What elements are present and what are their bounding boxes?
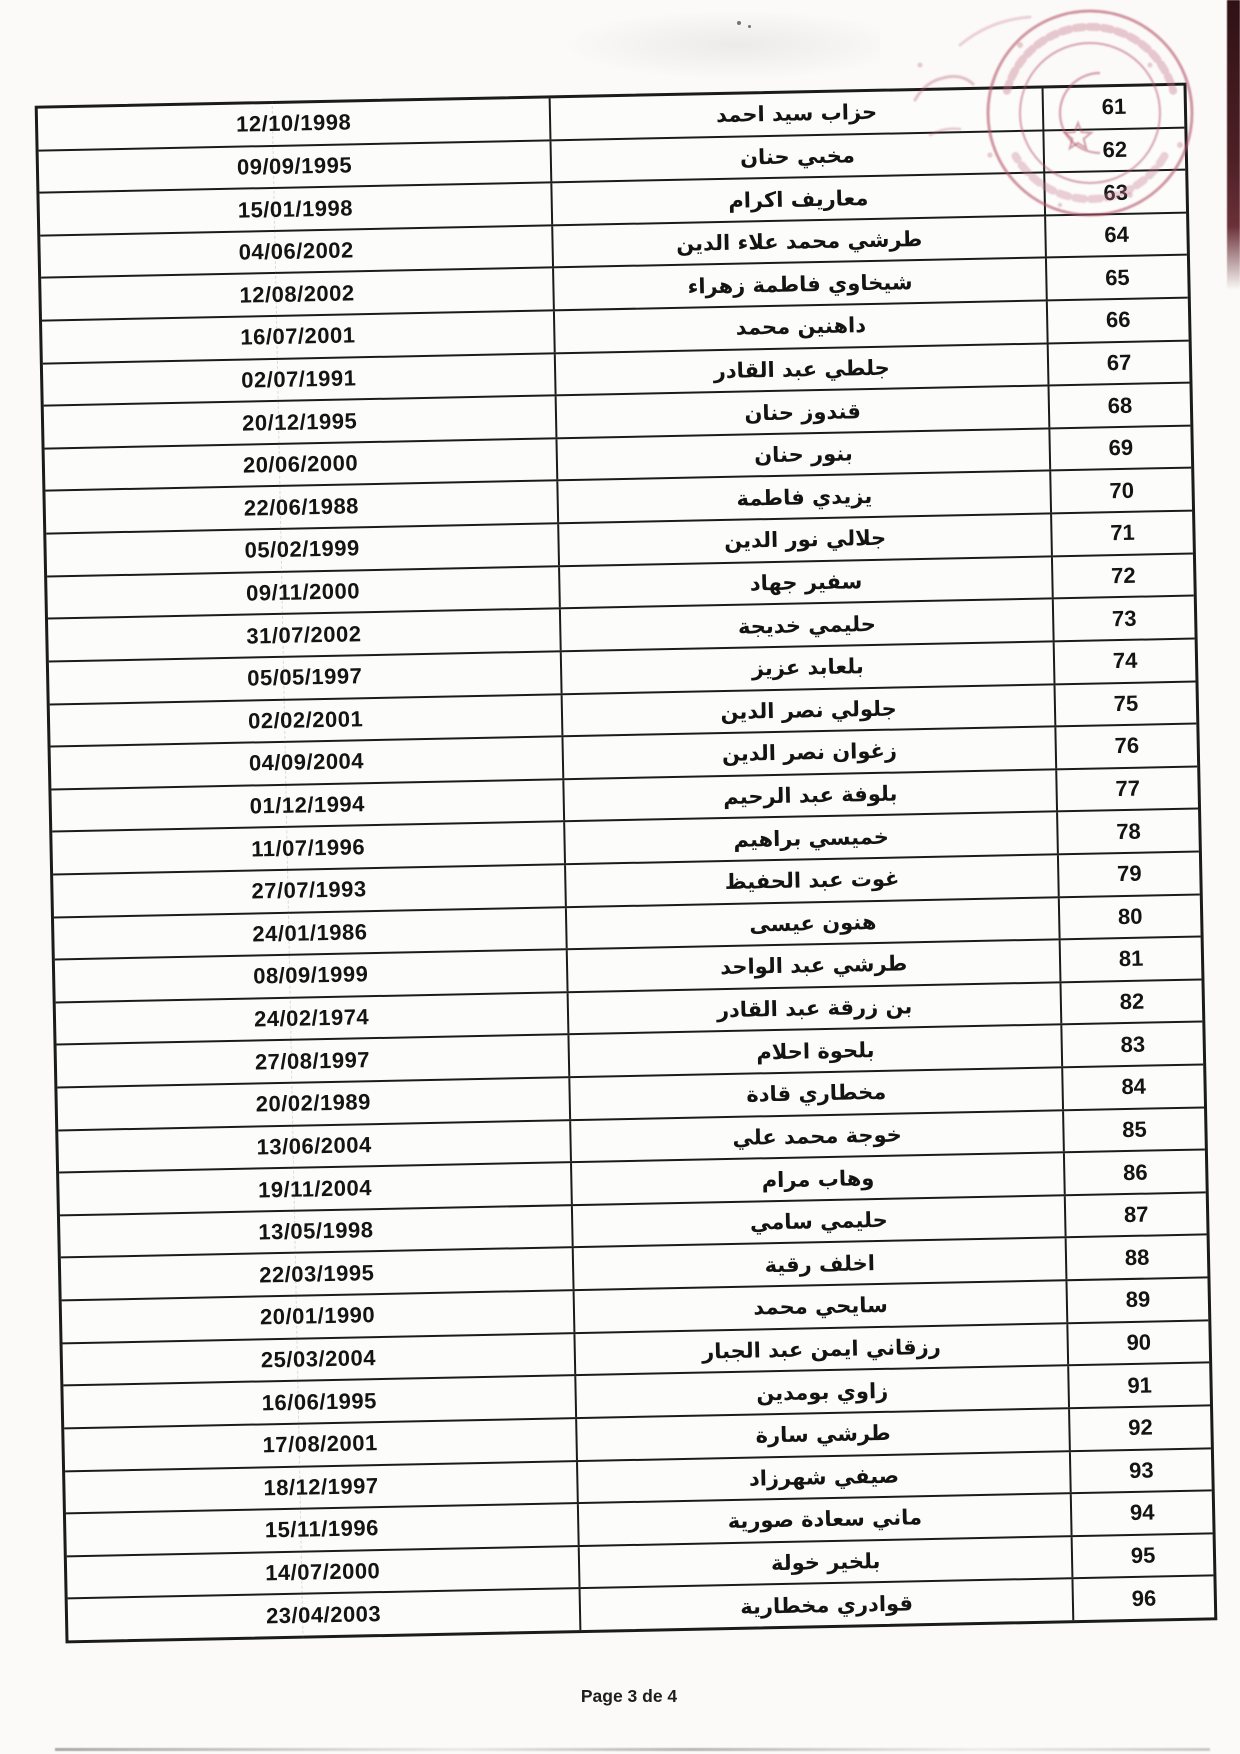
row-number-cell: 69 — [1051, 426, 1192, 469]
row-number-cell: 85 — [1064, 1108, 1205, 1151]
row-number-cell: 77 — [1057, 767, 1198, 810]
row-number-cell: 95 — [1073, 1534, 1214, 1577]
row-number-cell: 84 — [1063, 1065, 1204, 1108]
registry-table: 12/10/1998حزاب سيد احمد6109/09/1995مخبي … — [35, 83, 1218, 1644]
scan-speck — [748, 25, 751, 28]
row-number-cell: 70 — [1051, 469, 1192, 512]
row-number-cell: 86 — [1065, 1151, 1206, 1194]
row-number-cell: 93 — [1071, 1449, 1212, 1492]
scan-speck — [737, 21, 741, 25]
row-number-cell: 80 — [1060, 895, 1201, 938]
page-number: Page 3 de 4 — [0, 1686, 1240, 1707]
page-smudge — [560, 10, 880, 80]
row-number-cell: 67 — [1049, 341, 1190, 384]
row-number-cell: 63 — [1045, 171, 1186, 214]
row-number-cell: 81 — [1061, 938, 1202, 981]
row-number-cell: 71 — [1052, 512, 1193, 555]
row-number-cell: 73 — [1054, 597, 1195, 640]
row-number-cell: 82 — [1062, 980, 1203, 1023]
birthdate-cell: 23/04/2003 — [68, 1589, 580, 1640]
name-cell: قوادري مخطارية — [579, 1579, 1075, 1630]
scan-edge-artifact-bottom — [55, 1748, 1210, 1751]
row-number-cell: 87 — [1066, 1193, 1207, 1236]
row-number-cell: 88 — [1067, 1236, 1208, 1279]
row-number-cell: 75 — [1056, 682, 1197, 725]
row-number-cell: 62 — [1045, 128, 1186, 171]
row-number-cell: 89 — [1068, 1278, 1209, 1321]
registry-table-body: 12/10/1998حزاب سيد احمد6109/09/1995مخبي … — [35, 83, 1218, 1644]
row-number-cell: 79 — [1059, 852, 1200, 895]
row-number-cell: 74 — [1055, 639, 1196, 682]
row-number-cell: 66 — [1048, 299, 1189, 342]
scan-edge-artifact — [1227, 0, 1240, 290]
row-number-cell: 96 — [1074, 1577, 1215, 1620]
row-number-cell: 94 — [1072, 1491, 1213, 1534]
row-number-cell: 90 — [1069, 1321, 1210, 1364]
row-number-cell: 72 — [1053, 554, 1194, 597]
row-number-cell: 78 — [1058, 810, 1199, 853]
row-number-cell: 76 — [1057, 725, 1198, 768]
row-number-cell: 64 — [1046, 213, 1187, 256]
row-number-cell: 61 — [1044, 86, 1185, 129]
row-number-cell: 91 — [1069, 1364, 1210, 1407]
row-number-cell: 83 — [1063, 1023, 1204, 1066]
row-number-cell: 65 — [1047, 256, 1188, 299]
scanned-page: 12/10/1998حزاب سيد احمد6109/09/1995مخبي … — [0, 0, 1240, 1754]
row-number-cell: 92 — [1070, 1406, 1211, 1449]
row-number-cell: 68 — [1050, 384, 1191, 427]
